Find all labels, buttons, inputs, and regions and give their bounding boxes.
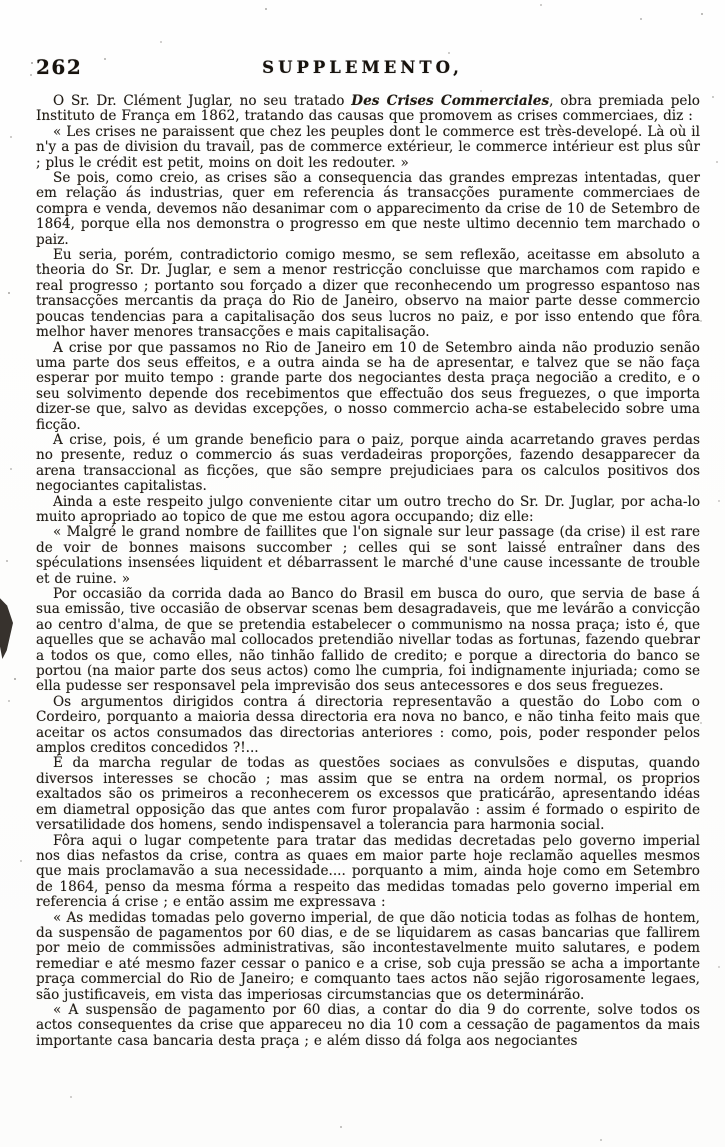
paragraph-corrida-banco: Por occasião da corrida dada ao Banco do… bbox=[36, 587, 700, 695]
paragraph-citar-trecho: Ainda a este respeito julgo conveniente … bbox=[36, 495, 700, 526]
paragraph-crises-consequencia: Se pois, como creio, as crises são a con… bbox=[36, 171, 700, 248]
scanned-book-page: 262 SUPPLEMENTO, O Sr. Dr. Clément Jugla… bbox=[0, 0, 725, 1147]
paragraph-french-quote-2: « Malgré le grand nombre de faillites qu… bbox=[36, 525, 700, 587]
paragraph-quote-medidas: « As medidas tomadas pelo governo imperi… bbox=[36, 911, 700, 1003]
paragraph-crise-effeitos: A crise por que passamos no Rio de Janei… bbox=[36, 341, 700, 433]
ink-smudge-artifact bbox=[0, 597, 13, 659]
paragraph-quote-suspensao: « A suspensão de pagamento por 60 dias, … bbox=[36, 1003, 700, 1049]
paragraph-contradictorio: Eu seria, porém, contradictorio comigo m… bbox=[36, 248, 700, 340]
book-title: Des Crises Commerciales bbox=[351, 93, 549, 109]
running-header: SUPPLEMENTO, bbox=[0, 58, 725, 77]
paragraph-text: O Sr. Dr. Clément Juglar, no seu tratado bbox=[53, 93, 351, 109]
paragraph-juglar-intro: O Sr. Dr. Clément Juglar, no seu tratado… bbox=[36, 94, 700, 125]
paragraph-french-quote-1: « Les crises ne paraissent que chez les … bbox=[36, 125, 700, 171]
paragraph-medidas-governo: Fôra aqui o lugar competente para tratar… bbox=[36, 834, 700, 911]
paragraph-marcha-regular: É da marcha regular de todas as questões… bbox=[36, 756, 700, 833]
page-body: O Sr. Dr. Clément Juglar, no seu tratado… bbox=[36, 94, 700, 1049]
paragraph-lobo-cordeiro: Os argumentos dirigidos contra á directo… bbox=[36, 695, 700, 757]
paragraph-crise-beneficio: A crise, pois, é um grande beneficio par… bbox=[36, 433, 700, 495]
paper-speck-noise bbox=[0, 0, 2, 2]
